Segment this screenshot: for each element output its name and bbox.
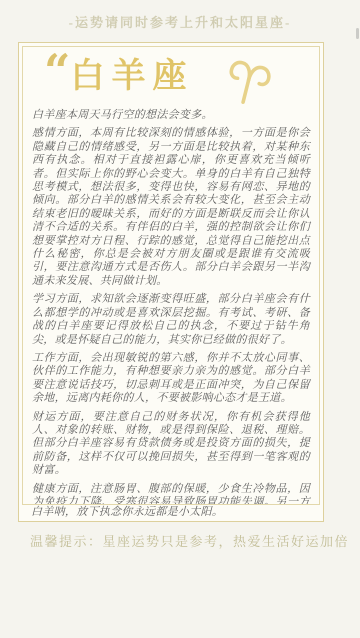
zodiac-title: 白羊座	[70, 54, 193, 100]
title-row: “ 白羊座	[32, 54, 310, 106]
screen: -运势请同时参考上升和太阳星座- “ 白羊座 白羊座本周天	[0, 0, 360, 638]
paragraph-love: 感情方面，本周有比较深刻的情感体验，一方面是你会隐藏自己的情绪感受，另一方面是比…	[32, 127, 310, 288]
closing-line: 白羊呐，放下执念你永远都是小太阳。	[19, 505, 323, 520]
horoscope-body: 白羊座本周天马行空的想法会变多。 感情方面，本周有比较深刻的情感体验，一方面是你…	[32, 109, 310, 505]
paragraph-work: 工作方面，会出现敏锐的第六感，你并不太放心同事、伙伴的工作能力，有种想要亲力亲为…	[32, 352, 310, 406]
paragraph-wealth: 财运方面，要注意自己的财务状况，你有机会获得他人、对象的转账、财物，或是得到保险…	[32, 411, 310, 478]
intro-line: 白羊座本周天马行空的想法会变多。	[32, 109, 310, 122]
scrollbar-thumb[interactable]	[356, 28, 359, 39]
card-inner-border: “ 白羊座 白羊座本周天马行空的想法会变多。 感情方面，本周有比较深刻的情感体验…	[22, 46, 320, 505]
top-tagline: -运势请同时参考上升和太阳星座-	[0, 12, 360, 31]
paragraph-health: 健康方面，注意肠胃、腹部的保暖，少食生冷物品，因为免疫力下降、受寒很容易导致肠胃…	[32, 483, 310, 505]
quote-mark-icon: “	[44, 54, 70, 88]
paragraph-study: 学习方面，求知欲会逐渐变得旺盛，部分白羊座会有什么都想学的冲动或是喜欢深层挖掘。…	[32, 293, 310, 347]
footer-tip: 温馨提示：星座运势只是参考，热爱生活好运加倍	[30, 531, 349, 550]
horoscope-card: “ 白羊座 白羊座本周天马行空的想法会变多。 感情方面，本周有比较深刻的情感体验…	[18, 42, 324, 522]
